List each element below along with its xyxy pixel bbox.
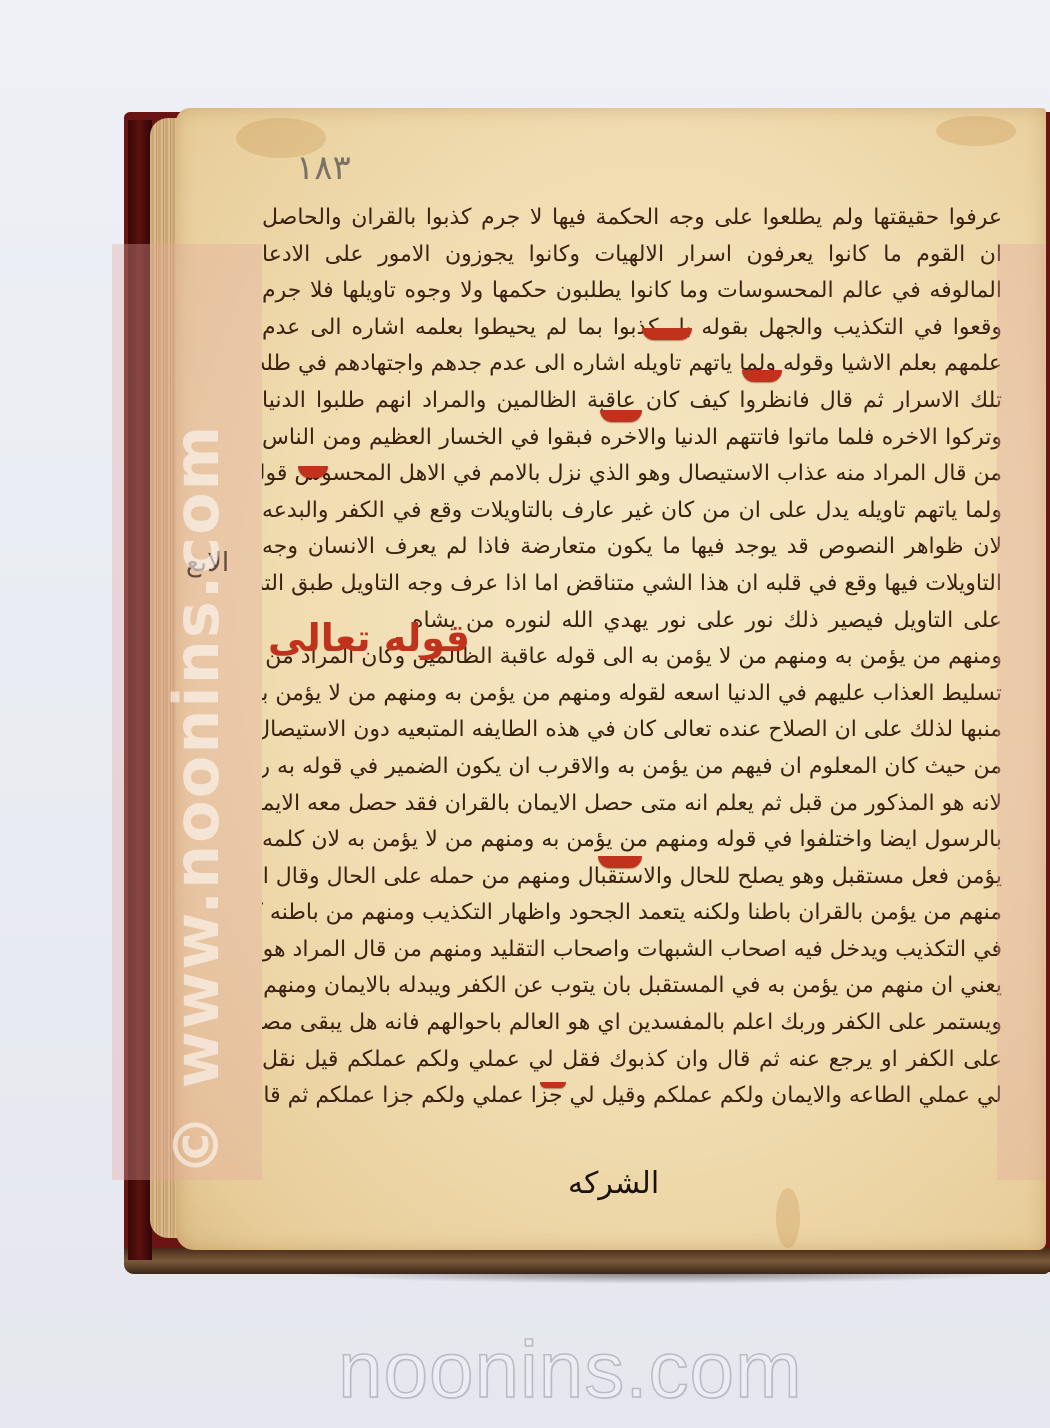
text-line: يعني ان منهم من يؤمن به في المستقبل بان … [262, 968, 1002, 1005]
text-line: لانه هو المذكور من قبل ثم يعلم انه متى ح… [262, 786, 1002, 823]
text-line: ان القوم ما كانوا يعرفون اسرار الالهيات … [262, 237, 1002, 274]
folio-number: ١٨٣ [296, 148, 351, 188]
rubric-mark [540, 1082, 566, 1088]
text-line: من قال المراد منه عذاب الاستيصال وهو الذ… [262, 456, 1002, 493]
text-line: لان ظواهر النصوص قد يوجد فيها ما يكون مت… [262, 529, 1002, 566]
rubric-mark [598, 856, 642, 868]
text-line: ولما ياتهم تاويله يدل على ان من كان غير … [262, 493, 1002, 530]
text-line: لي عملي الطاعه والايمان ولكم عملكم وقيل … [262, 1078, 1002, 1115]
watermark-bottom-text: noonins.com [338, 1324, 803, 1416]
text-line: على التاويل فيصير ذلك نور على نور يهدي ا… [412, 603, 1002, 640]
text-line: ويستمر على الكفر وربك اعلم بالمفسدين اي … [262, 1005, 1002, 1042]
text-line: عرفوا حقيقتها ولم يطلعوا على وجه الحكمة … [262, 200, 1002, 237]
watermark-vertical-text: © www.noonins.com [160, 424, 233, 1176]
rubric-mark [600, 410, 642, 422]
text-line: بالرسول ايضا واختلفوا في قوله ومنهم من ي… [262, 822, 1002, 859]
text-line: تسليط العذاب عليهم في الدنيا اسعه لقوله … [262, 676, 1002, 713]
catchword: الشركه [568, 1166, 659, 1201]
text-line: وتركوا الاخره فلما ماتوا فاتتهم الدنيا و… [262, 420, 1002, 457]
text-line: من حيث كان المعلوم ان فيهم من يؤمن به وا… [262, 749, 1002, 786]
text-line: التاويلات فيها وقع في قلبه ان هذا الشي م… [262, 566, 1002, 603]
text-line: على الكفر او يرجع عنه ثم قال وان كذبوك ف… [262, 1042, 1002, 1079]
stain [936, 116, 1016, 146]
text-line: منهم من يؤمن بالقران باطنا ولكنه يتعمد ا… [262, 895, 1002, 932]
book-bottom-edge [124, 1248, 1050, 1274]
red-heading-qawluhu-taala: قوله تعالى [268, 616, 470, 660]
rubric-mark [642, 328, 692, 340]
text-line: علمهم بعلم الاشيا وقوله ولما ياتهم تاويل… [262, 346, 1002, 383]
text-line: منبها لذلك على ان الصلاح عنده تعالى كان … [262, 712, 1002, 749]
text-line: المالوفه في عالم المحسوسات وما كانوا يطل… [262, 273, 1002, 310]
text-line: وقعوا في التكذيب والجهل بقوله بل كذبوا ب… [262, 310, 1002, 347]
watermark-strip-right [997, 244, 1045, 1180]
stain [776, 1188, 800, 1248]
rubric-mark [742, 370, 782, 382]
text-line: في التكذيب ويدخل فيه اصحاب الشبهات واصحا… [262, 932, 1002, 969]
